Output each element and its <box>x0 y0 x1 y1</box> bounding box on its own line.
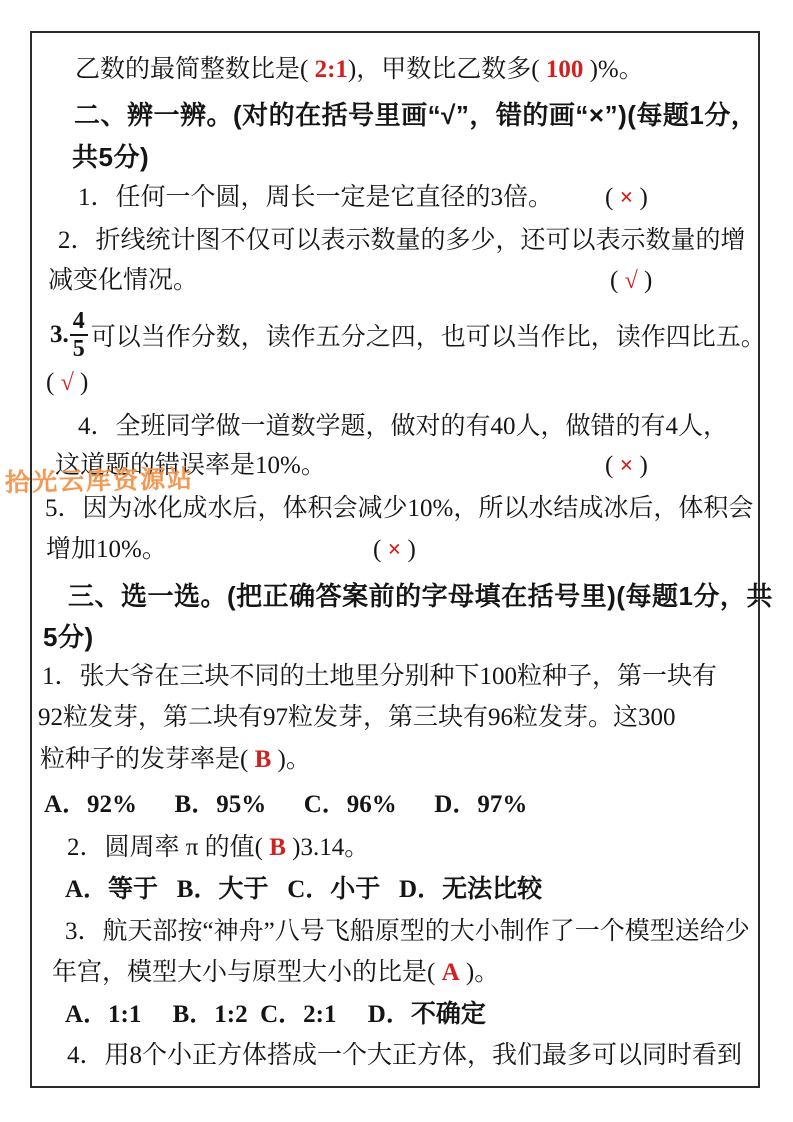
fill-answer-percent: 100 <box>546 56 584 83</box>
q3-answer-letter: A <box>442 959 460 986</box>
watermark: 拾光云库资源站 <box>5 459 195 499</box>
q2-pre: 2．圆周率 π 的值( <box>67 834 269 861</box>
section2-q3-line: 3.45可以当作分数，读作五分之四，也可以当作比，读作四比五。 <box>50 300 766 370</box>
fill-text-1: 乙数的最简整数比是( <box>75 56 315 83</box>
q2-answer-letter: B <box>269 834 286 861</box>
paren-open: ( <box>605 452 620 479</box>
section3-q2-options: A．等于 B．大于 C．小于 D．无法比较 <box>65 873 542 907</box>
paren-close: ) <box>74 369 89 396</box>
paren-open: ( <box>46 369 61 396</box>
section2-heading-line2: 共5分) <box>72 140 149 174</box>
fill-text-2: )，甲数比乙数多( <box>348 56 546 83</box>
fill-answer-ratio: 2:1 <box>315 56 348 83</box>
q3-line2-post: )。 <box>460 959 500 986</box>
paren-open: ( <box>605 184 620 211</box>
paren-close: ) <box>633 452 648 479</box>
section3-heading-line2: 5分) <box>43 620 94 654</box>
section3-heading-line1: 三、选一选。(把正确答案前的字母填在括号里)(每题1分，共 <box>68 579 773 613</box>
section3-q1-line3: 粒种子的发芽率是( B )。 <box>40 743 311 777</box>
fraction-denominator: 5 <box>70 334 88 362</box>
paren-open: ( <box>610 267 625 294</box>
section2-q4-answer-mark: ( × ) <box>605 449 648 483</box>
paren-close: ) <box>633 184 648 211</box>
section2-q2-line1: 2．折线统计图不仅可以表示数量的多少，还可以表示数量的增 <box>58 224 746 258</box>
section2-q1-answer-mark: ( × ) <box>605 181 648 215</box>
exam-page: 拾光云库资源站 乙数的最简整数比是( 2:1)，甲数比乙数多( 100 )%。 … <box>0 0 793 1122</box>
section2-q4-line1: 4．全班同学做一道数学题，做对的有40人，做错的有4人， <box>78 410 728 444</box>
cross-mark: × <box>388 537 402 563</box>
q1-line3-post: )。 <box>271 746 311 773</box>
cross-mark: × <box>620 185 634 211</box>
section2-q5-line2: 增加10%。 <box>46 533 167 567</box>
paren-close: ) <box>401 536 416 563</box>
section2-q3-text: 可以当作分数，读作五分之四，也可以当作比，读作四比五。 <box>91 317 766 353</box>
section2-q2-line2: 减变化情况。 <box>48 264 198 298</box>
q1-line3-pre: 粒种子的发芽率是( <box>40 746 255 773</box>
paren-open: ( <box>373 536 388 563</box>
section3-q4-line1: 4．用8个小正方体搭成一个大正方体，我们最多可以同时看到 <box>67 1039 742 1073</box>
section2-q1-text: 1．任何一个圆，周长一定是它直径的3倍。 <box>78 181 553 215</box>
q2-post: )3.14。 <box>286 834 369 861</box>
check-mark: √ <box>625 268 638 294</box>
fraction-four-fifths: 45 <box>70 308 88 363</box>
section3-q3-line2: 年宫，模型大小与原型大小的比是( A )。 <box>52 956 499 990</box>
q1-answer-letter: B <box>255 746 272 773</box>
section2-q5-answer-mark: ( × ) <box>373 533 416 567</box>
section3-q2-line: 2．圆周率 π 的值( B )3.14。 <box>67 831 369 865</box>
section3-q1-options: A．92% B．95% C．96% D．97% <box>44 788 527 822</box>
q3-number: 3. <box>50 321 69 349</box>
section3-q1-line2: 92粒发芽，第二块有97粒发芽，第三块有96粒发芽。这300 <box>38 701 676 735</box>
section3-q3-options: A．1:1 B．1:2 C．2:1 D．不确定 <box>65 998 486 1032</box>
section3-q3-line1: 3．航天部按“神舟”八号飞船原型的大小制作了一个模型送给少 <box>65 915 750 949</box>
check-mark: √ <box>61 370 74 396</box>
q3-line2-pre: 年宫，模型大小与原型大小的比是( <box>52 959 442 986</box>
section2-q5-line1: 5．因为冰化成水后，体积会减少10%，所以水结成冰后，体积会 <box>45 492 753 526</box>
paren-close: ) <box>638 267 653 294</box>
fill-blank-line: 乙数的最简整数比是( 2:1)，甲数比乙数多( 100 )%。 <box>75 53 644 87</box>
section2-q3-answer-mark: ( √ ) <box>46 366 88 400</box>
fill-text-3: )%。 <box>583 56 643 83</box>
section2-heading-line1: 二、辨一辨。(对的在括号里画“√”，错的画“×”)(每题1分， <box>74 98 757 132</box>
section2-q2-answer-mark: ( √ ) <box>610 264 652 298</box>
fraction-numerator: 4 <box>70 308 88 334</box>
cross-mark: × <box>620 453 634 479</box>
section3-q1-line1: 1．张大爷在三块不同的土地里分别种下100粒种子，第一块有 <box>42 660 717 694</box>
